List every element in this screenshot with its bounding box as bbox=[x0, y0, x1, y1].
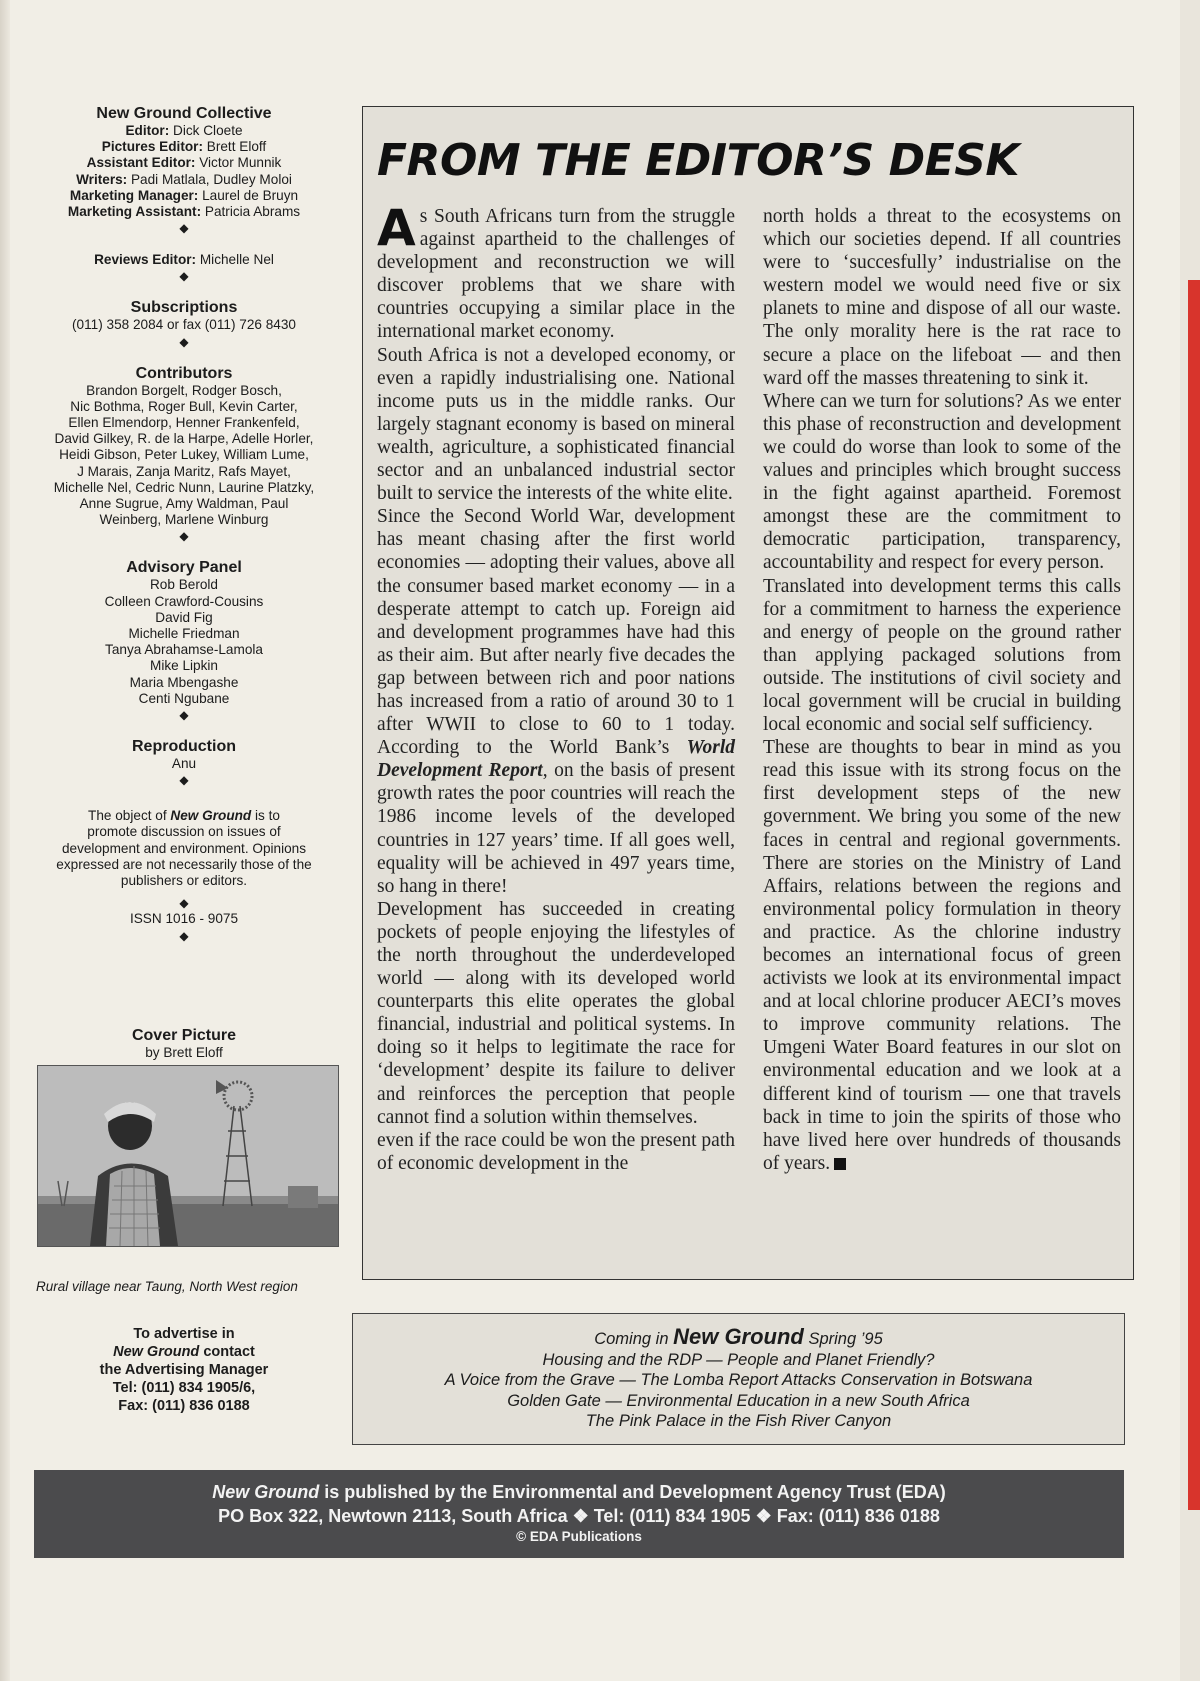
editorial-paragraph: north holds a threat to the ecosystems o… bbox=[763, 205, 1121, 390]
editorial-paragraph: Development has succeeded in creating po… bbox=[377, 898, 735, 1129]
advisory-member: Colleen Crawford-Cousins bbox=[36, 594, 332, 610]
editorial-column-2: north holds a threat to the ecosystems o… bbox=[763, 205, 1121, 1175]
contributors-line: Ellen Elmendorp, Henner Frankenfeld, bbox=[36, 415, 332, 431]
publisher-footer: New Ground is published by the Environme… bbox=[34, 1470, 1124, 1558]
coming-item: The Pink Palace in the Fish River Canyon bbox=[353, 1411, 1124, 1432]
diamond-separator-icon: ◆ bbox=[36, 707, 332, 723]
subscriptions-phone: (011) 358 2084 or fax (011) 726 8430 bbox=[36, 317, 332, 333]
page-edge-left bbox=[0, 0, 10, 1681]
advisory-panel-block: Advisory Panel Rob Berold Colleen Crawfo… bbox=[36, 558, 332, 723]
advisory-member: Maria Mbengashe bbox=[36, 675, 332, 691]
editorial-title: FROM THE EDITOR’S DESK bbox=[377, 135, 1019, 187]
advisory-member: Michelle Friedman bbox=[36, 626, 332, 642]
reproduction-block: Reproduction Anu ◆ bbox=[36, 737, 332, 788]
editorial-paragraph: As South Africans turn from the struggle… bbox=[377, 205, 735, 344]
contributors-block: Contributors Brandon Borgelt, Rodger Bos… bbox=[36, 364, 332, 545]
advertising-contact: To advertise in New Ground contact the A… bbox=[36, 1325, 332, 1415]
role-marketing-manager: Marketing Manager: Laurel de Bruyn bbox=[36, 188, 332, 204]
role-pictures-editor: Pictures Editor: Brett Eloff bbox=[36, 139, 332, 155]
diamond-separator-icon: ◆ bbox=[36, 895, 332, 911]
editorial-paragraph: South Africa is not a developed economy,… bbox=[377, 344, 735, 506]
contributors-line: David Gilkey, R. de la Harpe, Adelle Hor… bbox=[36, 431, 332, 447]
issn: ISSN 1016 - 9075 bbox=[36, 911, 332, 927]
subscriptions-block: Subscriptions (011) 358 2084 or fax (011… bbox=[36, 298, 332, 349]
contributors-line: Heidi Gibson, Peter Lukey, William Lume, bbox=[36, 447, 332, 463]
cover-picture-credit: Cover Picture by Brett Eloff bbox=[36, 1026, 332, 1061]
reproduction-heading: Reproduction bbox=[36, 737, 332, 756]
role-assistant-editor: Assistant Editor: Victor Munnik bbox=[36, 155, 332, 171]
coming-item: Golden Gate — Environmental Education in… bbox=[353, 1391, 1124, 1412]
separator-icon: ❖ bbox=[573, 1506, 589, 1526]
contributors-line: J Marais, Zanja Maritz, Rafs Mayet, bbox=[36, 464, 332, 480]
publication-object-statement: The object of New Ground is to promote d… bbox=[36, 808, 332, 943]
drop-cap: A bbox=[377, 207, 416, 249]
publisher-fax: Fax: (011) 836 0188 bbox=[777, 1506, 940, 1526]
editorial-paragraph: Where can we turn for solutions? As we e… bbox=[763, 390, 1121, 575]
collective-heading: New Ground Collective bbox=[36, 104, 332, 123]
cover-photo bbox=[37, 1065, 339, 1247]
advisory-member: Tanya Abrahamse-Lamola bbox=[36, 642, 332, 658]
editorial-paragraph: even if the race could be won the presen… bbox=[377, 1129, 735, 1175]
role-writers: Writers: Padi Matlala, Dudley Moloi bbox=[36, 172, 332, 188]
end-mark-icon bbox=[834, 1158, 846, 1170]
contributors-line: Michelle Nel, Cedric Nunn, Laurine Platz… bbox=[36, 480, 332, 496]
publication-title: New Ground bbox=[113, 1344, 199, 1360]
advisory-member: Centi Ngubane bbox=[36, 691, 332, 707]
editorial-box: FROM THE EDITOR’S DESK As South Africans… bbox=[362, 106, 1134, 1280]
separator-icon: ❖ bbox=[756, 1506, 772, 1526]
advertising-fax: Fax: (011) 836 0188 bbox=[36, 1397, 332, 1415]
coming-item: Housing and the RDP — People and Planet … bbox=[353, 1350, 1124, 1371]
reviews-block: Reviews Editor: Michelle Nel ◆ bbox=[36, 252, 332, 284]
advertising-tel: Tel: (011) 834 1905/6, bbox=[36, 1379, 332, 1397]
editorial-columns: As South Africans turn from the struggle… bbox=[377, 205, 1121, 1175]
editorial-column-1: As South Africans turn from the struggle… bbox=[377, 205, 735, 1175]
publication-title: New Ground bbox=[673, 1324, 804, 1349]
role-reviews-editor: Reviews Editor: Michelle Nel bbox=[36, 252, 332, 268]
editorial-paragraph: Translated into development terms this c… bbox=[763, 575, 1121, 737]
masthead-sidebar: New Ground Collective Editor: Dick Cloet… bbox=[36, 104, 332, 944]
cover-photo-illustration bbox=[38, 1066, 338, 1246]
copyright: © EDA Publications bbox=[34, 1528, 1124, 1546]
contributors-line: Nic Bothma, Roger Bull, Kevin Carter, bbox=[36, 399, 332, 415]
diamond-separator-icon: ◆ bbox=[36, 528, 332, 544]
next-page-red-edge bbox=[1188, 280, 1200, 1510]
role-marketing-assistant: Marketing Assistant: Patricia Abrams bbox=[36, 204, 332, 220]
diamond-separator-icon: ◆ bbox=[36, 268, 332, 284]
coming-next-issue-box: Coming in New Ground Spring ’95 Housing … bbox=[352, 1313, 1125, 1445]
coming-item: A Voice from the Grave — The Lomba Repor… bbox=[353, 1370, 1124, 1391]
role-editor: Editor: Dick Cloete bbox=[36, 123, 332, 139]
advisory-member: Mike Lipkin bbox=[36, 658, 332, 674]
diamond-separator-icon: ◆ bbox=[36, 772, 332, 788]
contributors-line: Brandon Borgelt, Rodger Bosch, bbox=[36, 383, 332, 399]
publication-title: New Ground bbox=[212, 1482, 319, 1502]
cover-heading: Cover Picture bbox=[36, 1026, 332, 1045]
coming-heading: Coming in New Ground Spring ’95 bbox=[353, 1327, 1124, 1350]
publisher-address: PO Box 322, Newtown 2113, South Africa bbox=[218, 1506, 567, 1526]
reproduction-name: Anu bbox=[36, 756, 332, 772]
cover-caption: Rural village near Taung, North West reg… bbox=[36, 1279, 336, 1295]
advisory-member: David Fig bbox=[36, 610, 332, 626]
collective-block: New Ground Collective Editor: Dick Cloet… bbox=[36, 104, 332, 236]
contributors-line: Weinberg, Marlene Winburg bbox=[36, 512, 332, 528]
subscriptions-heading: Subscriptions bbox=[36, 298, 332, 317]
contributors-heading: Contributors bbox=[36, 364, 332, 383]
publication-title: New Ground bbox=[170, 808, 251, 823]
advisory-heading: Advisory Panel bbox=[36, 558, 332, 577]
advisory-member: Rob Berold bbox=[36, 577, 332, 593]
diamond-separator-icon: ◆ bbox=[36, 334, 332, 350]
publisher-tel: Tel: (011) 834 1905 bbox=[594, 1506, 751, 1526]
contributors-line: Anne Sugrue, Amy Waldman, Paul bbox=[36, 496, 332, 512]
editorial-paragraph: These are thoughts to bear in mind as yo… bbox=[763, 736, 1121, 1175]
cover-photographer: by Brett Eloff bbox=[36, 1045, 332, 1061]
editorial-paragraph: Since the Second World War, development … bbox=[377, 505, 735, 898]
diamond-separator-icon: ◆ bbox=[36, 928, 332, 944]
diamond-separator-icon: ◆ bbox=[36, 220, 332, 236]
